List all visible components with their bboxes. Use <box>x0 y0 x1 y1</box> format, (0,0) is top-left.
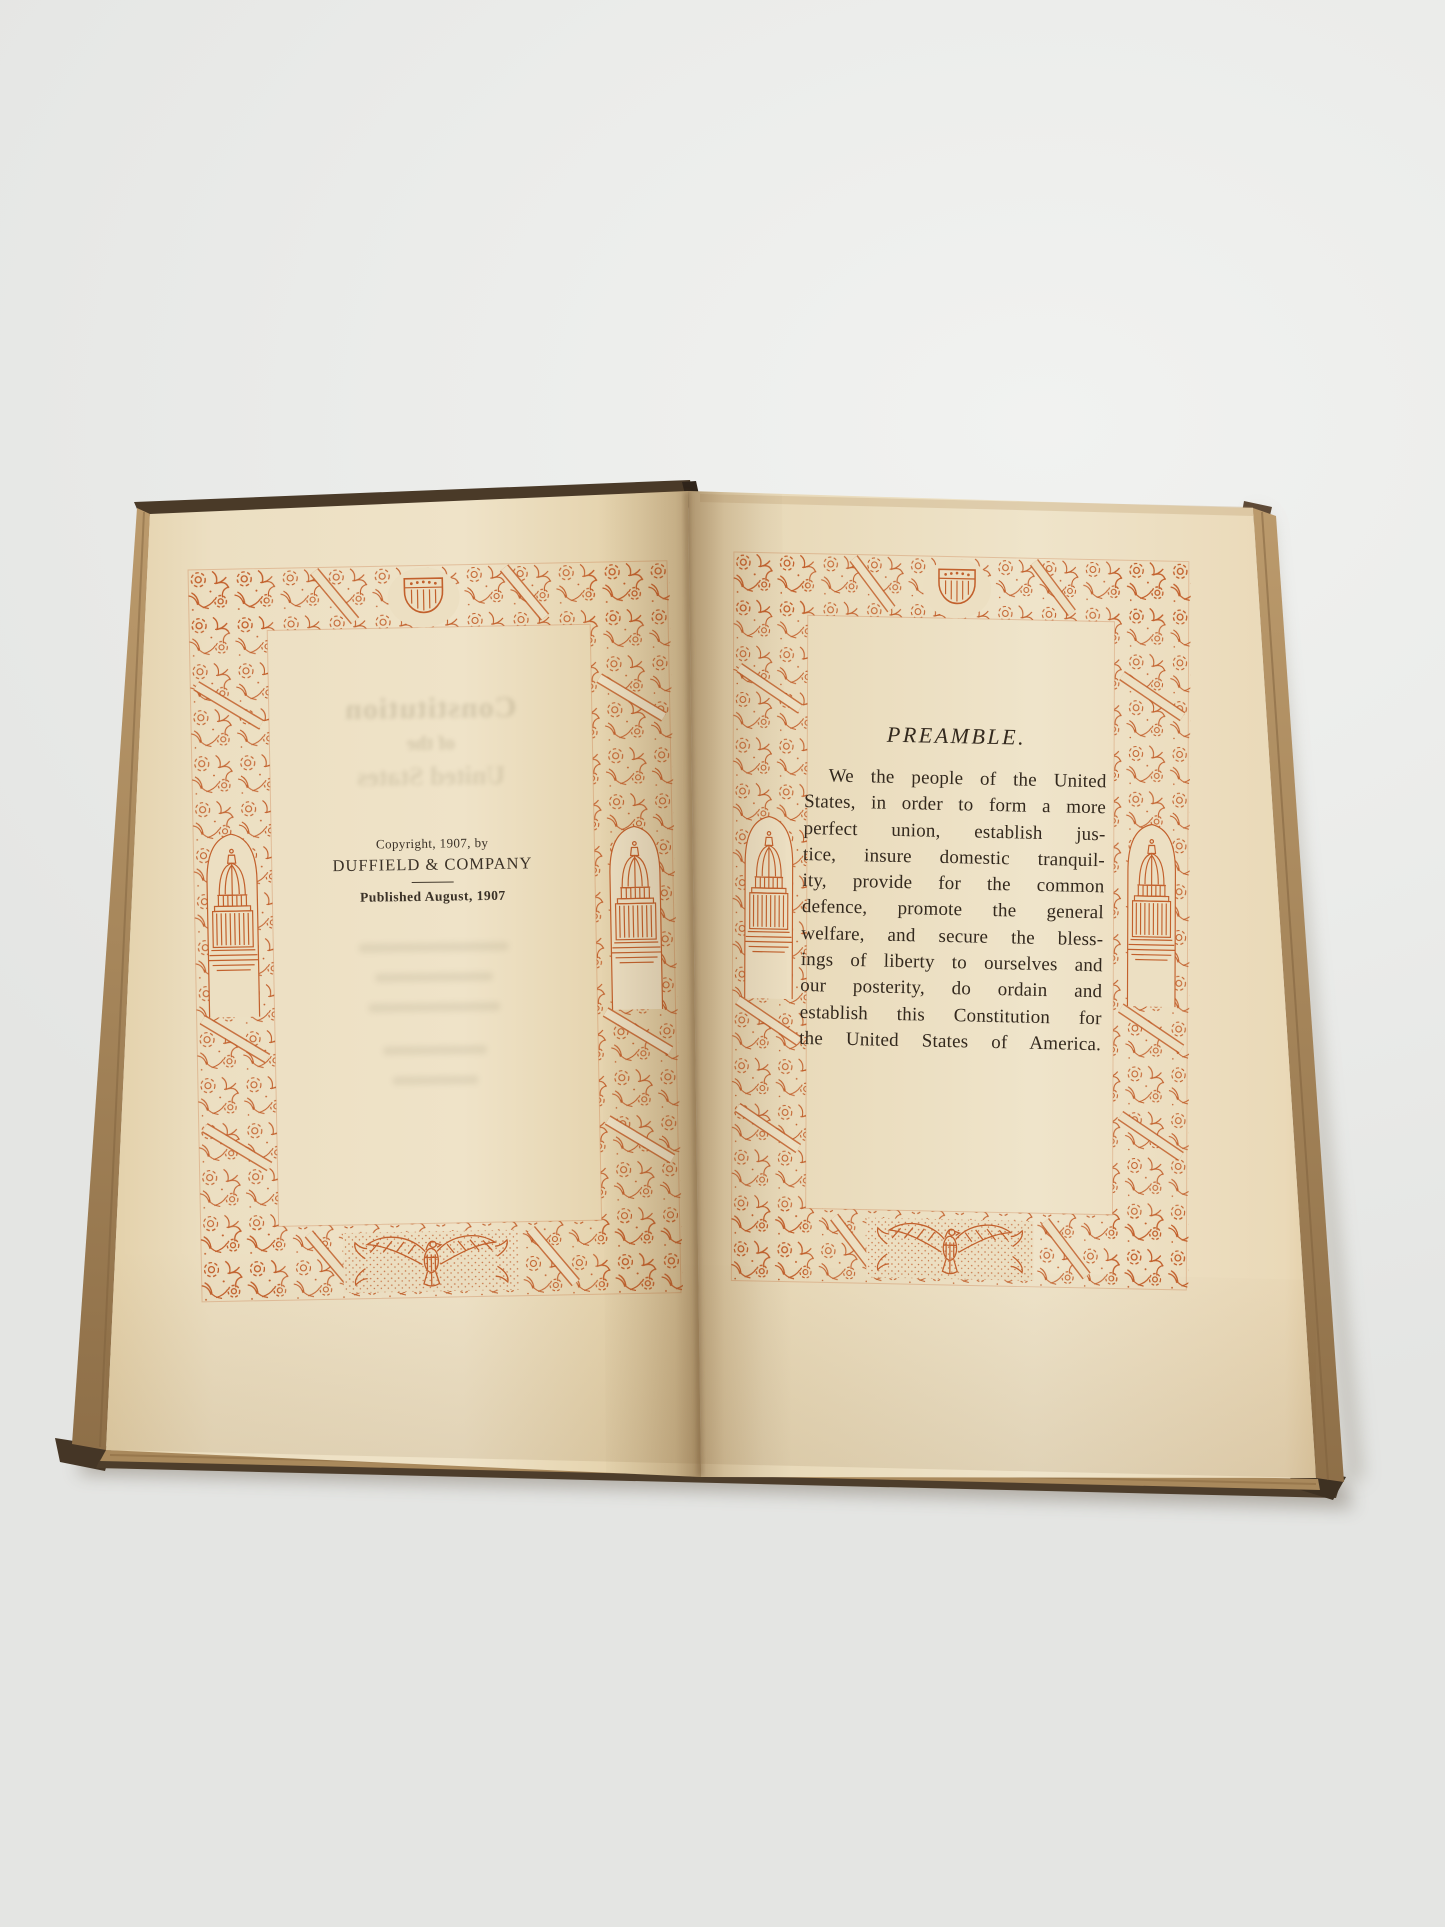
show-through-line: Constitution <box>270 690 590 729</box>
publisher-name: DUFFIELD & COMPANY <box>272 853 592 877</box>
show-through-smudge <box>368 1002 500 1013</box>
show-through-smudge <box>392 1075 478 1085</box>
show-through-line: United States <box>271 759 591 793</box>
show-through-smudge <box>359 942 509 953</box>
copyright-block: Copyright, 1907, by DUFFIELD & COMPANY P… <box>272 834 593 908</box>
right-page: PREAMBLE. We the people of the United St… <box>798 712 1108 1098</box>
show-through-title: Constitution of the United States <box>270 690 591 794</box>
copyright-line: Copyright, 1907, by <box>272 834 592 854</box>
show-through-smudge <box>375 972 493 983</box>
show-through-line: of the <box>271 730 591 757</box>
preamble-heading: PREAMBLE. <box>805 712 1108 752</box>
preamble-body: We the people of the United States, in o… <box>799 763 1107 1059</box>
show-through-lower <box>273 920 595 1087</box>
preamble-line: the United States of America. <box>799 1026 1101 1059</box>
published-line: Published August, 1907 <box>273 887 593 907</box>
divider-rule <box>412 881 454 883</box>
book-illustration <box>0 0 1445 1927</box>
photo-scene: Constitution of the United States Copyri… <box>0 0 1445 1927</box>
show-through-smudge <box>383 1045 487 1055</box>
left-page: Constitution of the United States Copyri… <box>270 686 599 1330</box>
